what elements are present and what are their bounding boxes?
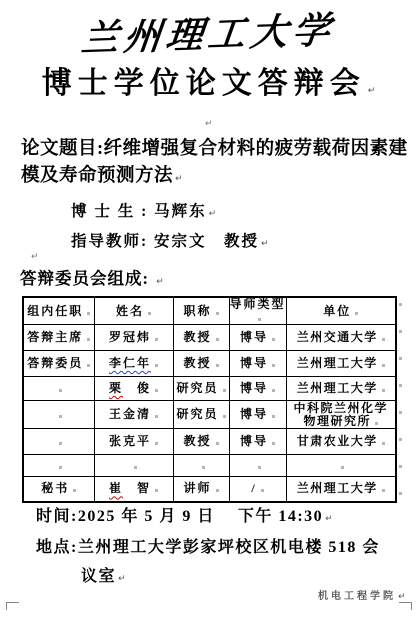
location-line2: 议室↵: [81, 563, 126, 586]
name-marked: 崔: [109, 481, 123, 495]
committee-table: 组内任职 姓名 职称 导师类型 单位 答辩主席 罗冠炜 教授 博导 兰州交通大学…: [22, 296, 397, 503]
table-header-row: 组内任职 姓名 职称 导师类型 单位: [23, 297, 396, 325]
cell-position: [23, 377, 94, 401]
paragraph-mark-icon: ↵: [325, 514, 333, 524]
page-title: 博士学位论文答辩会↵: [0, 58, 417, 102]
paragraph-mark-icon: ↵: [205, 119, 213, 129]
cell-name: 崔 智: [94, 477, 173, 502]
cell-unit: 兰州理工大学: [286, 377, 396, 401]
table-row: 王金清 研究员 博导 中科院兰州化学 物理研究所: [23, 401, 396, 429]
cell-title: [173, 455, 229, 477]
cell-unit: 兰州交通大学: [286, 325, 396, 351]
page-margin-mark-bottom-left: [6, 602, 19, 610]
location-line2-text: 议室: [81, 568, 116, 585]
table-row: 秘书 崔 智 讲师 / 兰州理工大学: [23, 477, 396, 502]
name-marked: 李仁年: [109, 356, 151, 370]
name-rest: 智: [123, 481, 151, 495]
table-row: 张克平 教授 博导 甘肃农业大学: [23, 429, 396, 455]
name-rest: 王金清: [109, 407, 151, 421]
header-cell-position: 组内任职: [23, 297, 94, 325]
cell-position: [23, 429, 94, 455]
cell-title: 教授: [173, 429, 229, 455]
cell-mentor-type: 博导: [229, 401, 286, 429]
department-signature: 机电工程学院↵: [318, 587, 406, 602]
supervisor-text: 指导教师: 安宗文 教授: [71, 233, 259, 250]
paragraph-mark-icon: ↵: [175, 174, 183, 184]
cell-position: 秘书: [23, 477, 94, 502]
paragraph-mark-icon: ↵: [156, 277, 164, 287]
supervisor-line: 指导教师: 安宗文 教授↵: [71, 229, 269, 251]
cell-name: 栗 俊: [94, 377, 173, 401]
table-row: 答辩委员 李仁年 教授 博导 兰州理工大学: [23, 351, 396, 377]
cell-title: 教授: [173, 351, 229, 377]
cell-unit: [286, 455, 396, 477]
header-cell-unit: 单位: [286, 297, 396, 325]
time-line: 时间:2025 年 5 月 9 日 下午 14:30↵: [36, 503, 333, 526]
cell-name: [94, 455, 173, 477]
paragraph-mark-icon: ↵: [209, 209, 217, 219]
cell-position: [23, 401, 94, 429]
cell-name: 李仁年: [94, 351, 173, 377]
university-logo: 兰州理工大学: [0, 0, 417, 65]
paragraph-mark-icon: ↵: [261, 239, 269, 249]
cell-title: 研究员: [173, 401, 229, 429]
header-cell-title: 职称: [173, 297, 229, 325]
cell-unit: 甘肃农业大学: [286, 429, 396, 455]
student-name-line: 博 士 生 : 马辉东↵: [71, 199, 216, 221]
cell-mentor-type: 博导: [229, 351, 286, 377]
cell-name: 罗冠炜: [94, 325, 173, 351]
cell-title: 研究员: [173, 377, 229, 401]
thesis-title-line1: 论文题目:纤维增强复合材料的疲劳载荷因素建: [21, 134, 403, 160]
cell-position: 答辩主席: [23, 325, 94, 351]
table-row: 栗 俊 研究员 博导 兰州理工大学: [23, 377, 396, 401]
cell-title: 讲师: [173, 477, 229, 502]
cell-position: [23, 455, 94, 477]
table-row: 答辩主席 罗冠炜 教授 博导 兰州交通大学: [23, 325, 396, 351]
cell-unit: 兰州理工大学: [286, 351, 396, 377]
cell-title: 教授: [173, 325, 229, 351]
name-marked: 栗: [109, 381, 123, 395]
cell-mentor-type: 博导: [229, 377, 286, 401]
cell-name: 王金清: [94, 401, 173, 429]
cell-position: 答辩委员: [23, 351, 94, 377]
paragraph-mark-icon: ↵: [31, 252, 39, 262]
name-rest: 俊: [123, 381, 151, 395]
location-line1: 地点:兰州理工大学彭家坪校区机电楼 518 会: [36, 534, 380, 557]
cell-mentor-type: 博导: [229, 325, 286, 351]
table-row: [23, 455, 396, 477]
page-margin-mark-bottom-right: [399, 602, 412, 610]
page-title-text: 博士学位论文答辩会: [42, 67, 366, 100]
header-cell-mentor-type: 导师类型: [229, 297, 286, 325]
committee-heading: 答辩委员会组成: ↵: [20, 265, 164, 289]
time-text: 时间:2025 年 5 月 9 日 下午 14:30: [36, 508, 323, 525]
paragraph-mark-icon: ↵: [398, 592, 406, 602]
cell-mentor-type: /: [229, 477, 286, 502]
paragraph-mark-icon: ↵: [368, 86, 376, 96]
cell-mentor-type: [229, 455, 286, 477]
document-page: 兰州理工大学 博士学位论文答辩会↵ ↵ 论文题目:纤维增强复合材料的疲劳载荷因素…: [0, 0, 417, 617]
paragraph-mark-icon: ↵: [118, 574, 126, 584]
header-cell-name: 姓名: [94, 297, 173, 325]
thesis-title-line2: 模及寿命预测方法↵: [21, 161, 403, 187]
thesis-title-line2-text: 模及寿命预测方法: [21, 166, 173, 186]
cell-name: 张克平: [94, 429, 173, 455]
cell-mentor-type: 博导: [229, 429, 286, 455]
name-rest: 张克平: [109, 434, 151, 448]
committee-heading-text: 答辩委员会组成:: [20, 269, 154, 288]
name-rest: 罗冠炜: [109, 330, 151, 344]
cell-unit: 兰州理工大学: [286, 477, 396, 502]
row-end-marks: [399, 303, 403, 495]
department-text: 机电工程学院: [318, 591, 396, 602]
cell-unit: 中科院兰州化学 物理研究所: [286, 401, 396, 429]
student-name-text: 博 士 生 : 马辉东: [71, 203, 207, 220]
